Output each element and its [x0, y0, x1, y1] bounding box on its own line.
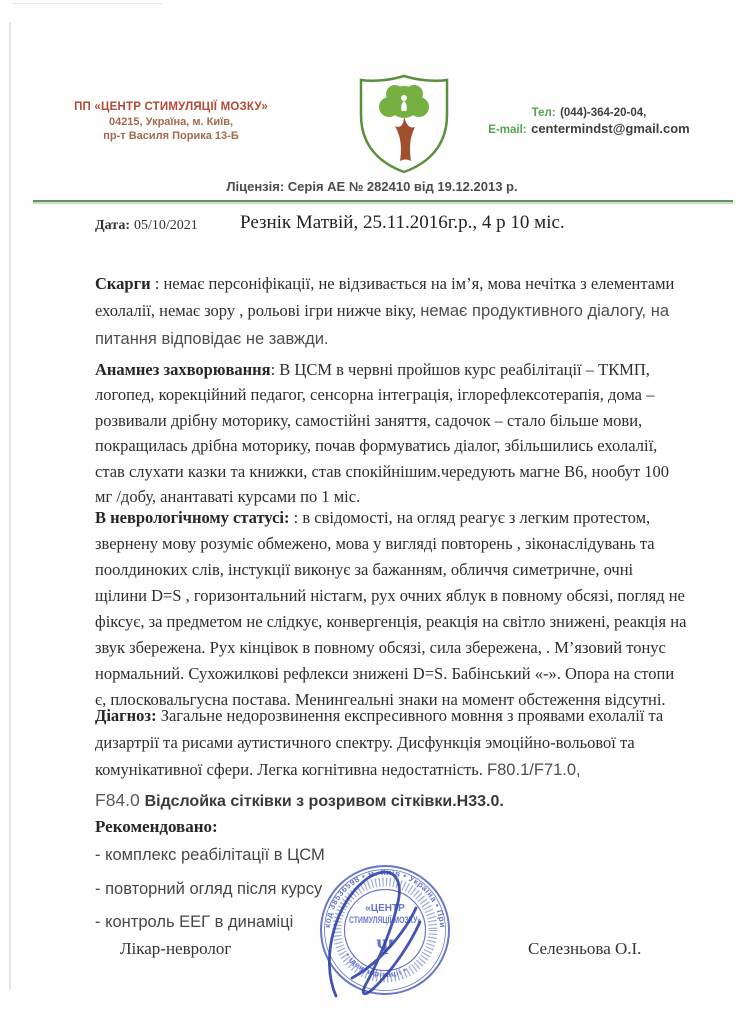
phone-label: Тел:: [532, 107, 556, 119]
document-page: ПП «ЦЕНТР СТИМУЛЯЦІЇ МОЗКУ» 04215, Украї…: [0, 0, 744, 1024]
company-address-line1: 04215, Україна, м. Київ,: [55, 116, 287, 130]
neuro-status-separator: :: [290, 508, 303, 527]
email-label: E-mail:: [488, 124, 526, 136]
recommendations-label: Рекомендовано:: [95, 817, 218, 837]
recommendation-item-2: - повторний огляд після курсу: [95, 880, 322, 899]
doctor-name: Селезньова О.І.: [528, 939, 641, 959]
diagnosis-retina-text: Відслойка сітківки з розривом сітківки.Н…: [145, 793, 504, 810]
company-address-line2: пр-т Василя Порика 13-Б: [55, 130, 287, 144]
license-line: Ліцензія: Серія АЕ № 282410 від 19.12.20…: [0, 179, 744, 194]
anamnesis-separator: :: [271, 360, 280, 379]
recommendation-item-1: - комплекс реабілітації в ЦСМ: [95, 846, 325, 865]
contact-block: Тел: (044)-364-20-04, E-mail: centermind…: [458, 104, 720, 138]
scan-edge-artifact-top: [12, 3, 162, 4]
stamp-center-line1: «ЦЕНТР: [365, 903, 405, 914]
diagnosis-code-f84: F84.0: [95, 790, 145, 810]
complaints-label: Скарги: [95, 274, 151, 293]
company-name: ПП «ЦЕНТР СТИМУЛЯЦІЇ МОЗКУ»: [55, 101, 287, 113]
phone-number: (044)-364-20-04,: [560, 107, 646, 119]
anamnesis-paragraph: Анамнез захворювання: В ЦСМ в червні про…: [95, 357, 689, 510]
diagnosis-paragraph: Діагноз: Загальне недорозвинення експрес…: [95, 702, 689, 815]
diagnosis-second-line: F84.0 Відслойка сітківки з розривом сітк…: [95, 787, 689, 815]
diagnosis-label: Діагноз:: [95, 706, 157, 725]
neuro-status-text: в свідомості, на огляд реагує з легким п…: [95, 508, 686, 709]
company-block: ПП «ЦЕНТР СТИМУЛЯЦІЇ МОЗКУ» 04215, Украї…: [55, 101, 287, 143]
patient-name-line: Резнік Матвій, 25.11.2016г.р., 4 р 10 мі…: [240, 212, 565, 234]
date-label: Дата:: [95, 218, 130, 233]
recommendation-item-3: - контроль ЕЕГ в динаміці: [95, 913, 293, 932]
anamnesis-label: Анамнез захворювання: [95, 360, 271, 379]
complaints-paragraph: Скарги : немає персоніфікації, не відзив…: [95, 270, 689, 353]
email-address: centermindst@gmail.com: [531, 121, 690, 136]
anamnesis-text: В ЦСМ в червні пройшов курс реабілітації…: [95, 360, 669, 507]
date-value: 05/10/2021: [134, 218, 198, 233]
date-row: Дата: 05/10/2021 Резнік Матвій, 25.11.20…: [95, 216, 695, 234]
official-stamp: код 38536598 • м. Київ • Україна • Прива…: [310, 856, 460, 1018]
header-divider: [33, 200, 733, 202]
complaints-separator: :: [151, 274, 164, 293]
neuro-status-label: В неврологічному статусі:: [95, 508, 290, 527]
tree-shield-logo-icon: [356, 73, 452, 175]
neuro-status-paragraph: В неврологічному статусі: : в свідомості…: [95, 505, 689, 713]
scan-edge-artifact: [9, 22, 11, 990]
doctor-title: Лікар-невролог: [120, 939, 231, 959]
diagnosis-code-f80: F80.1/F71.0,: [487, 761, 581, 779]
